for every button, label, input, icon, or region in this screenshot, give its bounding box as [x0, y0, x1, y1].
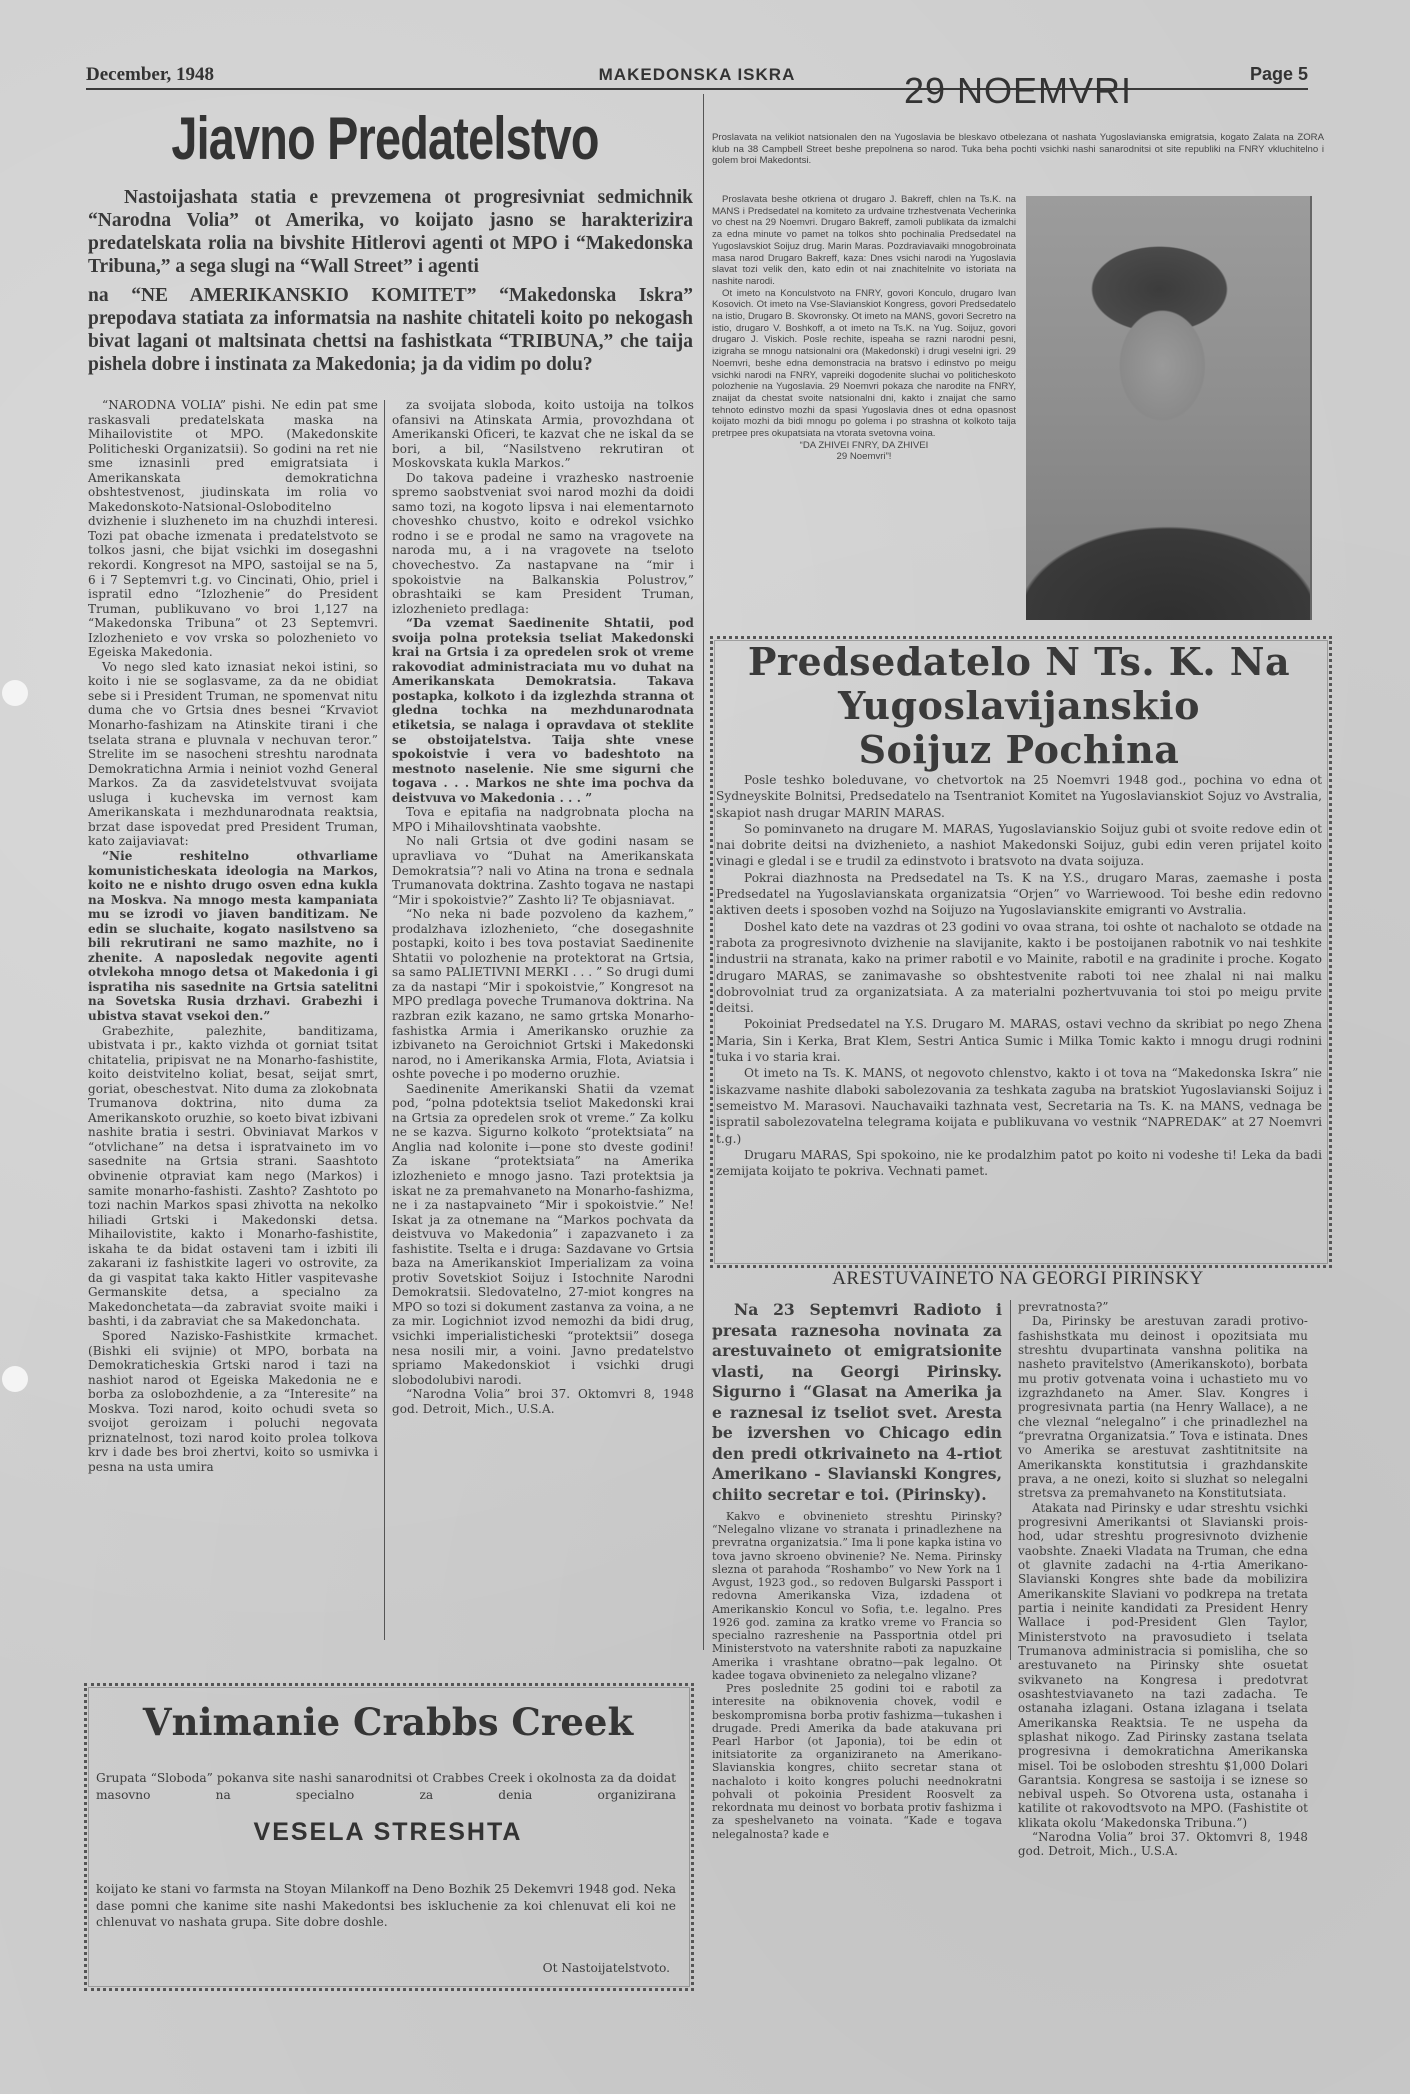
headline-line: Yugoslavijanskio — [716, 684, 1322, 728]
paragraph: Da, Pirinsky be arestuvan zaradi protivo… — [1018, 1314, 1308, 1500]
column-divider — [1010, 1300, 1011, 1660]
closing-slogan: “DA ZHIVEI FNRY, DA ZHIVEI — [712, 440, 1016, 452]
pirinsky-column-1: Kakvo e obvinenieto streshtu Pirinsky? “… — [712, 1510, 1002, 1841]
headline-line: Soijuz Pochina — [716, 728, 1322, 772]
paragraph: Tova e epitafia na nadgrobnata plocha na… — [392, 805, 694, 834]
punch-hole — [2, 680, 28, 706]
paragraph: Vo nego sled kato iznasiat nekoi istini,… — [88, 660, 378, 849]
paragraph: Saedinenite Amerikanski Shatii da vzemat… — [392, 1082, 694, 1387]
closing-slogan: 29 Noemvri”! — [712, 451, 1016, 463]
obituary-body: Posle teshko boleduvane, vo chetvortok n… — [716, 772, 1322, 1179]
source-citation: “Narodna Volia” broi 37. Oktomvri 8, 194… — [1018, 1830, 1308, 1859]
lead-article-column-2: za svoijata sloboda, koito ustoija na to… — [392, 398, 694, 1416]
paragraph: “NARODNA VOLIA” pishi. Ne edin pat sme r… — [88, 398, 378, 660]
paragraph: Pres poslednite 25 godini toi e rabotil … — [712, 1682, 1002, 1841]
noemvri-body: Proslavata beshe otkriena ot drugaro J. … — [712, 194, 1016, 463]
punch-hole — [2, 1366, 28, 1392]
pirinsky-column-2: prevratnosta?” Da, Pirinsky be arestuvan… — [1018, 1300, 1308, 1859]
notice-body: koijato ke stani vo farmsta na Stoyan Mi… — [96, 1881, 676, 1931]
lead-paragraph: Na 23 Septemvri Radioto i presata raznes… — [712, 1300, 1002, 1505]
paragraph: Pokoiniat Predsedatel na Y.S. Drugaro M.… — [716, 1016, 1322, 1065]
paragraph: Atakata nad Pirinsky e udar streshtu vsi… — [1018, 1501, 1308, 1831]
paragraph: Do takova padeine i vrazhesko nastroenie… — [392, 471, 694, 616]
lead-article-intro: Nastoijashata statia e prevzemena ot pro… — [88, 186, 693, 376]
intro-paragraph: na “NE AMERIKANSKIO KOMITET” “Makedonska… — [88, 284, 693, 376]
obituary-headline: Predsedatelo N Ts. K. Na Yugoslavijanski… — [716, 640, 1322, 772]
pirinsky-lead: Na 23 Septemvri Radioto i presata raznes… — [712, 1300, 1002, 1505]
paragraph: Ot imeto na Konculstvoto na FNRY, govori… — [712, 288, 1016, 440]
quote-paragraph: “Nie reshitelno othvarliame komunistiche… — [88, 849, 378, 1024]
paragraph: No nali Grtsia ot dve godini nasam se up… — [392, 834, 694, 907]
column-divider — [703, 94, 704, 1650]
paragraph: Kakvo e obvinenieto streshtu Pirinsky? “… — [712, 1510, 1002, 1682]
paragraph: Proslavata beshe otkriena ot drugaro J. … — [712, 194, 1016, 288]
portrait-photo — [1026, 196, 1312, 620]
notice-event-name: VESELA STRESHTA — [88, 1818, 688, 1847]
notice-intro: Grupata “Sloboda” pokanva site nashi san… — [96, 1770, 676, 1803]
notice-headline: Vnimanie Crabbs Creek — [88, 1700, 688, 1744]
paragraph: Doshel kato dete na vazdras ot 23 godini… — [716, 919, 1322, 1017]
intro-paragraph: Nastoijashata statia e prevzemena ot pro… — [88, 186, 693, 278]
newspaper-page: December, 1948 MAKEDONSKA ISKRA Page 5 J… — [0, 0, 1410, 2094]
pirinsky-headline: ARESTUVAINETO NA GEORGI PIRINSKY — [708, 1268, 1328, 1290]
lead-article-headline: Jiavno Predatelstvo — [139, 104, 630, 173]
lead-article-column-1: “NARODNA VOLIA” pishi. Ne edin pat sme r… — [88, 398, 378, 1474]
notice-signature: Ot Nastoijatelstvoto. — [400, 1961, 670, 1975]
quote-paragraph: “Da vzemat Saedinenite Shtatii, pod svoi… — [392, 616, 694, 805]
paragraph: Spored Nazisko-Fashistkite krmachet. (Bi… — [88, 1329, 378, 1474]
noemvri-lead: Proslavata na velikiot natsionalen den n… — [712, 132, 1324, 167]
paragraph: prevratnosta?” — [1018, 1300, 1308, 1314]
noemvri-headline: 29 NOEMVRI — [708, 70, 1328, 112]
column-divider — [384, 400, 385, 1640]
paragraph: za svoijata sloboda, koito ustoija na to… — [392, 398, 694, 471]
paragraph: Posle teshko boleduvane, vo chetvortok n… — [716, 772, 1322, 821]
paragraph: Drugaru MARAS, Spi spokoino, nie ke prod… — [716, 1147, 1322, 1180]
paragraph: Grabezhite, palezhite, banditizama, ubis… — [88, 1024, 378, 1329]
paragraph: Pokrai diazhnosta na Predsedatel na Ts. … — [716, 870, 1322, 919]
source-citation: “Narodna Volia” broi 37. Oktomvri 8, 194… — [392, 1387, 694, 1416]
paragraph: Ot imeto na Ts. K. MANS, ot negovoto chl… — [716, 1065, 1322, 1146]
headline-line: Predsedatelo N Ts. K. Na — [716, 640, 1322, 684]
paragraph: So pominvaneto na drugare M. MARAS, Yugo… — [716, 821, 1322, 870]
paragraph: “No neka ni bade pozvoleno da kazhem,” p… — [392, 907, 694, 1082]
